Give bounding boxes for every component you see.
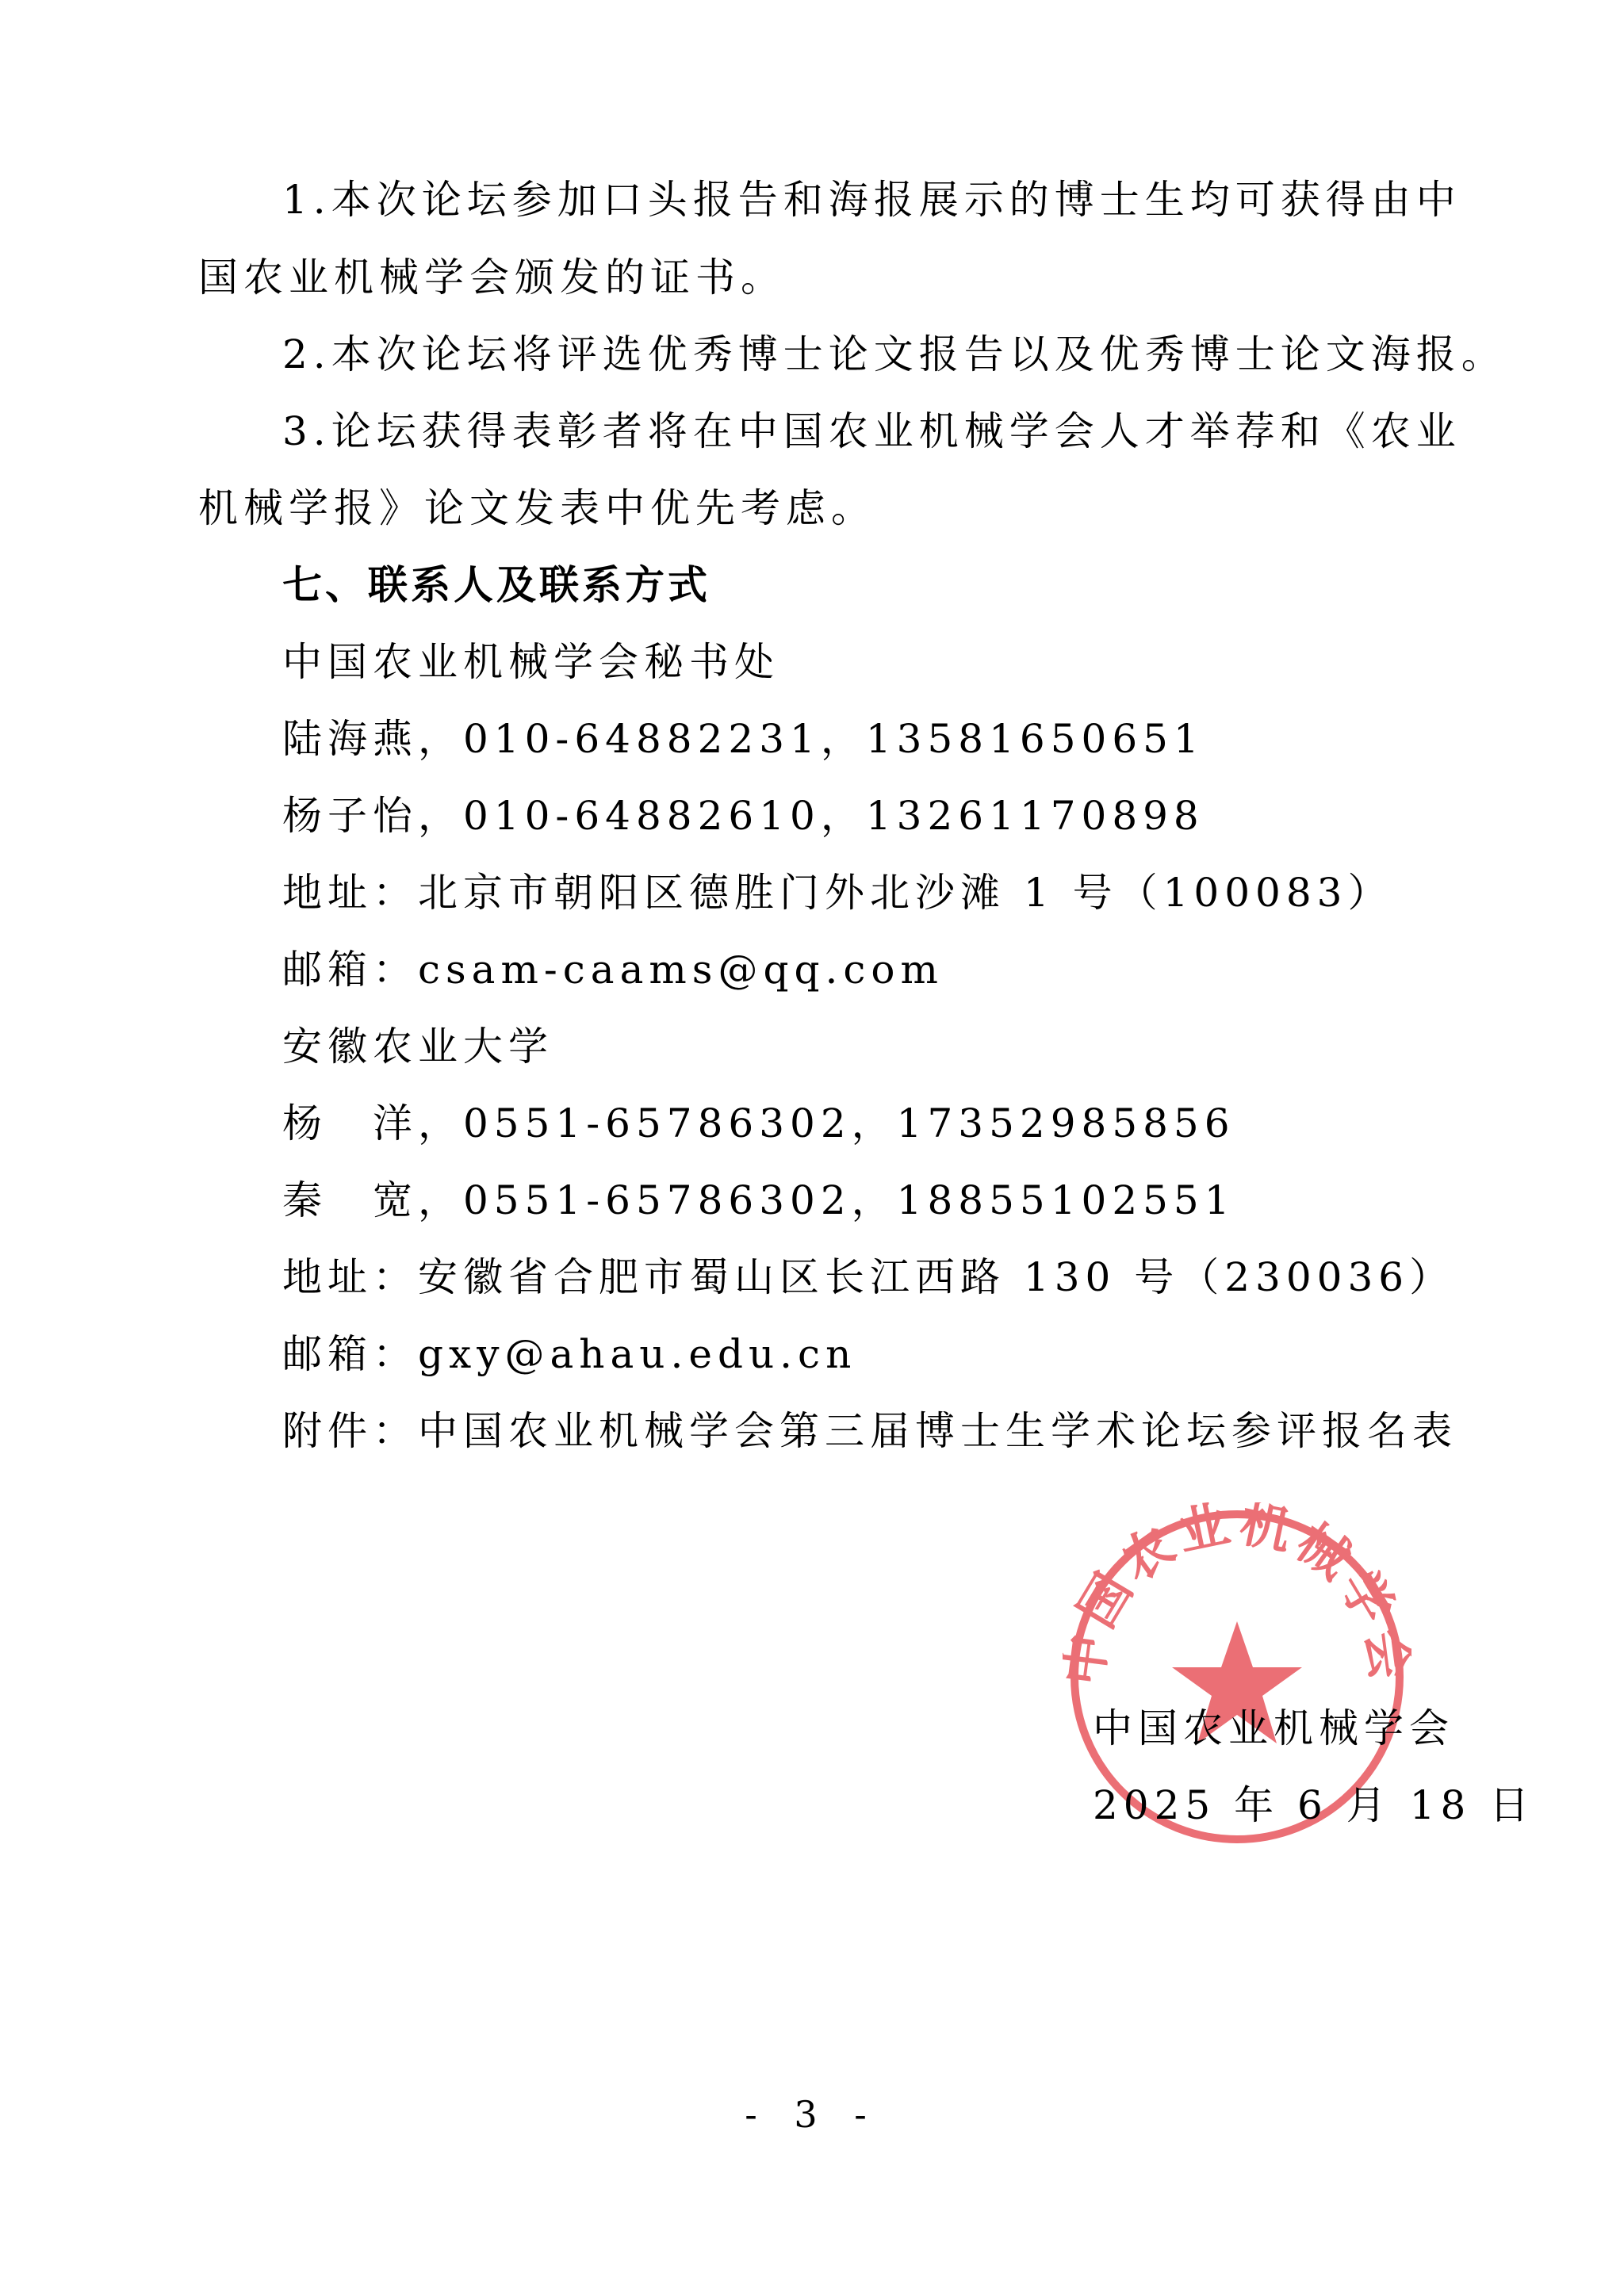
contact-person-1: 陆海燕，010-64882231，13581650651 <box>282 715 1205 763</box>
contact-person-4: 秦 宽，0551-65786302，18855102551 <box>282 1177 1235 1224</box>
section-heading: 七、联系人及联系方式 <box>282 561 710 609</box>
paragraph-1-line-2: 国农业机械学会颁发的证书。 <box>198 254 786 301</box>
paragraph-3-line-1: 3.论坛获得表彰者将在中国农业机械学会人才举荐和《农业 <box>282 408 1461 455</box>
contact-person-3: 杨 洋，0551-65786302，17352985856 <box>282 1100 1235 1147</box>
signature-organization: 中国农业机械学会 <box>1093 1705 1454 1752</box>
contact-email-2: 邮箱：gxy@ahau.edu.cn <box>282 1330 856 1378</box>
attachment-note: 附件：中国农业机械学会第三届博士生学术论坛参评报名表 <box>282 1407 1457 1455</box>
paragraph-1-line-1: 1.本次论坛参加口头报告和海报展示的博士生均可获得由中 <box>282 176 1461 224</box>
paragraph-3-line-2: 机械学报》论文发表中优先考虑。 <box>198 484 876 532</box>
signature-date: 2025 年 6 月 18 日 <box>1093 1781 1534 1829</box>
contact-email-1: 邮箱：csam-caams@qq.com <box>282 946 944 993</box>
contact-org-1: 中国农业机械学会秘书处 <box>282 638 779 686</box>
contact-org-2: 安徽农业大学 <box>282 1023 553 1070</box>
page-number: - 3 - <box>0 2093 1624 2136</box>
paragraph-2: 2.本次论坛将评选优秀博士论文报告以及优秀博士论文海报。 <box>282 331 1507 378</box>
contact-person-2: 杨子怡，010-64882610，13261170898 <box>282 792 1205 840</box>
contact-address-2: 地址：安徽省合肥市蜀山区长江西路 130 号（230036） <box>282 1253 1454 1301</box>
document-page: 1.本次论坛参加口头报告和海报展示的博士生均可获得由中 国农业机械学会颁发的证书… <box>0 0 1624 2296</box>
contact-address-1: 地址：北京市朝阳区德胜门外北沙滩 1 号（100083） <box>282 869 1392 916</box>
